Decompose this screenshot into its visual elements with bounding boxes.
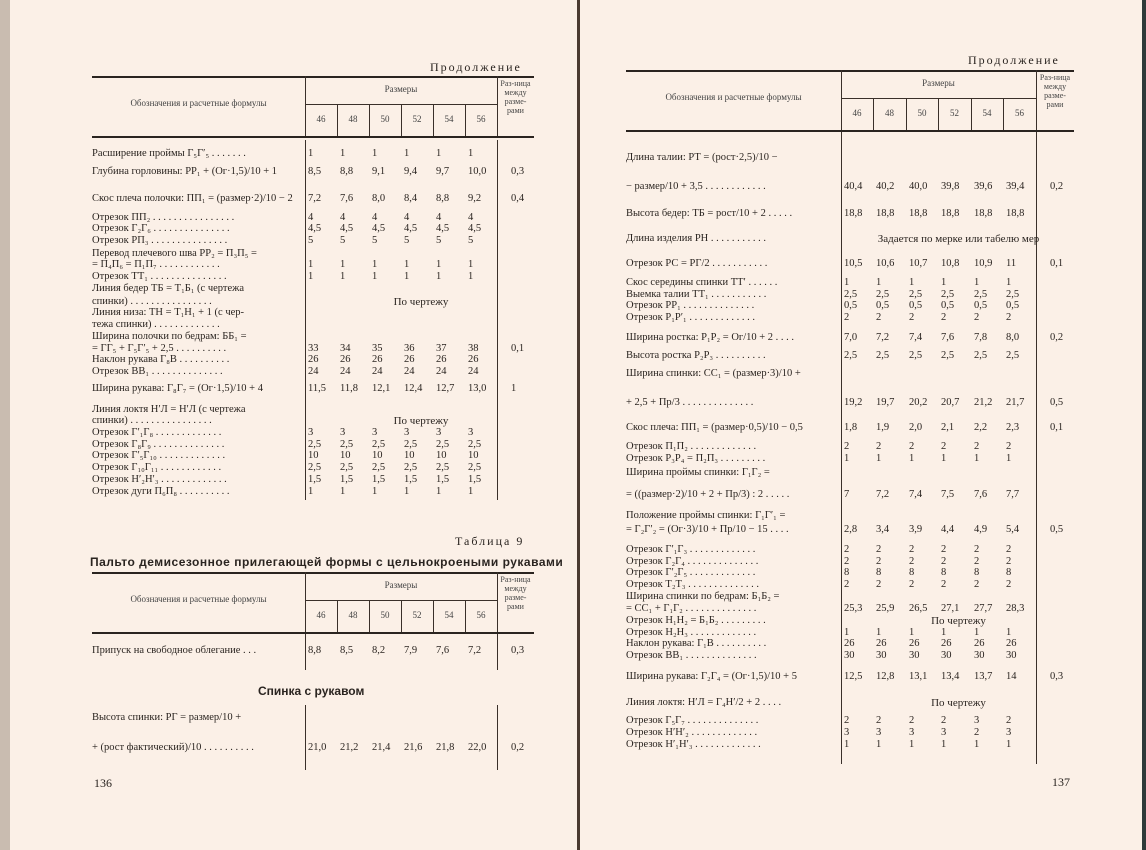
cell-value: 11,8: [340, 383, 358, 394]
cell-value: 2: [941, 556, 946, 567]
cell-value: 2,8: [844, 524, 857, 535]
cell-value: 1: [404, 271, 409, 282]
cell-value: 5: [340, 235, 345, 246]
cell-value: 1: [1006, 627, 1011, 638]
cell-value: 2: [909, 544, 914, 555]
cell-value: 0,5: [1006, 300, 1019, 311]
cell-value: 10: [372, 450, 383, 461]
cell-value: 27,1: [941, 603, 959, 614]
row-label: Отрезок Г′₁Г₃ . . . . . . . . . . . . .: [626, 544, 755, 555]
size-header-48: 48: [337, 610, 369, 620]
cell-value: 1,5: [468, 474, 481, 485]
header-bottom-rule: [626, 130, 1074, 132]
cell-value: 2,5: [909, 289, 922, 300]
cell-value: 2,2: [974, 422, 987, 433]
cell-value: 3: [974, 715, 979, 726]
diff-value: 0,4: [511, 193, 524, 204]
continuation-label: Продолжение: [430, 60, 522, 75]
size-divider: [1003, 98, 1004, 130]
cell-value: 26: [1006, 638, 1017, 649]
row-label: Ширина рукава: Г₈Г₇ = (Ог·1,5)/10 + 4: [92, 383, 263, 394]
body-divider: [497, 705, 498, 770]
cell-value: 13,0: [468, 383, 486, 394]
span-note: По чертежу: [841, 615, 1076, 627]
cell-value: 2,1: [941, 422, 954, 433]
cell-value: 40,4: [844, 181, 862, 192]
cell-value: 2: [876, 312, 881, 323]
cell-value: 26: [468, 354, 479, 365]
size-divider: [369, 104, 370, 136]
cell-value: 13,4: [941, 671, 959, 682]
cell-value: 24: [308, 366, 319, 377]
cell-value: 0,5: [974, 300, 987, 311]
cell-value: 2,5: [372, 462, 385, 473]
cell-value: 2: [844, 579, 849, 590]
row-label: Ширина спинки по бедрам: Б₁Б₂ =: [626, 591, 779, 602]
cell-value: 3: [844, 727, 849, 738]
row-label: Отрезок Н₂Н₃ . . . . . . . . . . . . .: [626, 627, 756, 638]
size-divider: [873, 98, 874, 130]
span-note: Задается по мерке или табелю мер: [841, 233, 1076, 245]
cell-value: 24: [340, 366, 351, 377]
cell-value: 1: [876, 453, 881, 464]
cell-value: 1: [941, 453, 946, 464]
body-divider: [305, 705, 306, 770]
size-divider: [401, 104, 402, 136]
cell-value: 1: [308, 148, 313, 159]
row-label: = ГГ₅ + Г₅Г′₅ + 2,5 . . . . . . . . . .: [92, 343, 226, 354]
diff-value: 0,2: [1050, 181, 1063, 192]
cell-value: 0,5: [876, 300, 889, 311]
cell-value: 2: [876, 579, 881, 590]
cell-value: 2,5: [436, 439, 449, 450]
sizes-column-header: Размеры: [305, 84, 497, 94]
cell-value: 8,5: [308, 166, 321, 177]
cell-value: 30: [941, 650, 952, 661]
cell-value: 18,8: [876, 208, 894, 219]
cell-value: 26: [372, 354, 383, 365]
cell-value: 1: [468, 271, 473, 282]
cell-value: 1: [941, 739, 946, 750]
cell-value: 5: [372, 235, 377, 246]
cell-value: 2: [1006, 579, 1011, 590]
size-header-50: 50: [369, 114, 401, 124]
cell-value: 2: [941, 544, 946, 555]
cell-value: 18,8: [941, 208, 959, 219]
cell-value: 8,8: [340, 166, 353, 177]
cell-value: 11: [1006, 258, 1016, 269]
cell-value: 1,5: [372, 474, 385, 485]
cell-value: 1: [372, 148, 377, 159]
diff-value: 0,1: [1050, 258, 1063, 269]
size-divider: [971, 98, 972, 130]
row-label: Длина талии: РТ = (рост·2,5)/10 −: [626, 152, 778, 163]
cell-value: 1: [941, 277, 946, 288]
cell-value: 2,5: [340, 439, 353, 450]
cell-value: 4: [404, 212, 409, 223]
cell-value: 8: [1006, 567, 1011, 578]
cell-value: 2,5: [340, 462, 353, 473]
cell-value: 37: [436, 343, 447, 354]
cell-value: 38: [468, 343, 479, 354]
cell-value: 1,5: [308, 474, 321, 485]
cell-value: 30: [974, 650, 985, 661]
cell-value: 25,3: [844, 603, 862, 614]
cell-value: 2,5: [909, 350, 922, 361]
cell-value: 3: [909, 727, 914, 738]
cell-value: 26: [404, 354, 415, 365]
cell-value: 24: [468, 366, 479, 377]
row-label: Отрезок РП₃ . . . . . . . . . . . . . . …: [92, 235, 227, 246]
cell-value: 21,2: [974, 397, 992, 408]
cell-value: 8: [941, 567, 946, 578]
cell-value: 10,6: [876, 258, 894, 269]
cell-value: 2: [844, 441, 849, 452]
size-header-54: 54: [971, 108, 1003, 118]
row-label: Отрезок Г₂Г₄ . . . . . . . . . . . . . .: [626, 556, 758, 567]
size-divider: [401, 600, 402, 632]
table-9-title: Пальто демисезонное прилегающей формы с …: [90, 555, 563, 569]
cell-value: 2: [844, 715, 849, 726]
row-label: Скос середины спинки ТТ′ . . . . . .: [626, 277, 777, 288]
cell-value: 30: [844, 650, 855, 661]
row-label: Отрезок Н₁Н₂ = Б₁Б₂ . . . . . . . . .: [626, 615, 766, 626]
size-header-56: 56: [465, 114, 497, 124]
cell-value: 7,9: [404, 645, 417, 656]
cell-value: 4,5: [340, 223, 353, 234]
cell-value: 1: [974, 739, 979, 750]
span-note: По чертежу: [305, 296, 537, 308]
size-header-54: 54: [433, 114, 465, 124]
header-divider: [1036, 70, 1037, 130]
cell-value: 1: [404, 259, 409, 270]
row-label: Отрезок Г′₂Г₅ . . . . . . . . . . . . .: [626, 567, 755, 578]
cell-value: 2: [1006, 556, 1011, 567]
cell-value: 12,1: [372, 383, 390, 394]
diff-value: 0,5: [1050, 524, 1063, 535]
cell-value: 8,0: [1006, 332, 1019, 343]
cell-value: 7,6: [974, 489, 987, 500]
cell-value: 10: [308, 450, 319, 461]
diff-value: 1: [511, 383, 516, 394]
cell-value: 21,7: [1006, 397, 1024, 408]
cell-value: 10,9: [974, 258, 992, 269]
row-label: Отрезок ПП₂ . . . . . . . . . . . . . . …: [92, 212, 234, 223]
size-divider: [465, 600, 466, 632]
cell-value: 7,2: [468, 645, 481, 656]
cell-value: 1: [844, 739, 849, 750]
cell-value: 0,5: [909, 300, 922, 311]
cell-value: 8,5: [340, 645, 353, 656]
cell-value: 1: [340, 486, 345, 497]
row-label: Скос плеча полочки: ПП₁ = (размер·2)/10 …: [92, 193, 293, 204]
cell-value: 2,0: [909, 422, 922, 433]
header-divider: [841, 70, 842, 130]
cell-value: 1: [909, 277, 914, 288]
row-label: Ширина спинки: СС₁ = (размер·3)/10 +: [626, 368, 801, 379]
row-label: Отрезок РР₁ . . . . . . . . . . . . . .: [626, 300, 754, 311]
row-label: + (рост фактический)/10 . . . . . . . . …: [92, 742, 254, 753]
cell-value: 3: [1006, 727, 1011, 738]
cell-value: 18,8: [909, 208, 927, 219]
cell-value: 1: [372, 486, 377, 497]
cell-value: 1,8: [844, 422, 857, 433]
cell-value: 4,9: [974, 524, 987, 535]
row-label: Отрезок Г′₅Г₁₀ . . . . . . . . . . . . .: [92, 450, 225, 461]
cell-value: 1: [844, 627, 849, 638]
row-label: Отрезок ВВ₁ . . . . . . . . . . . . . .: [626, 650, 757, 661]
cell-value: 2: [1006, 312, 1011, 323]
cell-value: 26: [974, 638, 985, 649]
row-label: Скос плеча: ПП₁ = (размер·0,5)/10 − 0,5: [626, 422, 803, 433]
continuation-label: Продолжение: [968, 53, 1060, 68]
row-label: = Г₂Г′₂ = (Ог·3)/10 + Пр/10 − 15 . . . .: [626, 524, 789, 535]
cell-value: 1: [1006, 277, 1011, 288]
cell-value: 2,5: [1006, 289, 1019, 300]
size-header-46: 46: [841, 108, 873, 118]
cell-value: 18,8: [974, 208, 992, 219]
cell-value: 12,7: [436, 383, 454, 394]
row-label: Отрезок Г′₁Г₈ . . . . . . . . . . . . .: [92, 427, 221, 438]
size-header-56: 56: [1003, 108, 1036, 118]
row-label: Отрезок Т₂Т₃ . . . . . . . . . . . . . .: [626, 579, 759, 590]
cell-value: 9,7: [436, 166, 449, 177]
row-label: Припуск на свободное облегание . . .: [92, 645, 256, 656]
cell-value: 1: [436, 259, 441, 270]
row-label: Перевод плечевого шва РР₂ = П₃П₅ =: [92, 248, 257, 259]
size-header-52: 52: [938, 108, 971, 118]
cell-value: 2: [876, 556, 881, 567]
row-label: Отрезок Р₃Р₄ = П₂П₃ . . . . . . . . .: [626, 453, 765, 464]
row-label: Наклон рукава: Г₁В . . . . . . . . . .: [626, 638, 766, 649]
sizes-column-header: Размеры: [841, 78, 1036, 88]
cell-value: 3: [340, 427, 345, 438]
cell-value: 1: [876, 277, 881, 288]
cell-value: 2,5: [372, 439, 385, 450]
cell-value: 1: [404, 486, 409, 497]
diff-value: 0,1: [1050, 422, 1063, 433]
cell-value: 7: [844, 489, 849, 500]
cell-value: 0,5: [844, 300, 857, 311]
cell-value: 3: [876, 727, 881, 738]
row-label: спинки) . . . . . . . . . . . . . . . .: [92, 296, 212, 307]
cell-value: 8: [974, 567, 979, 578]
cell-value: 2: [909, 556, 914, 567]
cell-value: 1: [974, 627, 979, 638]
cell-value: 8: [909, 567, 914, 578]
cell-value: 1: [909, 453, 914, 464]
header-divider: [497, 76, 498, 136]
cell-value: 4: [308, 212, 313, 223]
size-divider: [938, 98, 939, 130]
cell-value: 10,8: [941, 258, 959, 269]
cell-value: 4,5: [404, 223, 417, 234]
size-divider: [337, 104, 338, 136]
row-label: Ширина полочки по бедрам: ББ₁ =: [92, 331, 247, 342]
cell-value: 2: [1006, 544, 1011, 555]
cell-value: 22,0: [468, 742, 486, 753]
cell-value: 3,4: [876, 524, 889, 535]
cell-value: 24: [436, 366, 447, 377]
size-divider: [337, 600, 338, 632]
row-label: Линия локтя: Н′Л = Г₄Н′/2 + 2 . . . .: [626, 697, 781, 708]
cell-value: 1: [436, 148, 441, 159]
cell-value: 24: [404, 366, 415, 377]
size-divider: [369, 600, 370, 632]
cell-value: 8,4: [404, 193, 417, 204]
cell-value: 4,5: [308, 223, 321, 234]
cell-value: 4: [468, 212, 473, 223]
row-label: Высота ростка Р₂Р₃ . . . . . . . . . .: [626, 350, 766, 361]
cell-value: 8,0: [372, 193, 385, 204]
row-label: Ширина рукава: Г₂Г₄ = (Ог·1,5)/10 + 5: [626, 671, 797, 682]
cell-value: 8,2: [372, 645, 385, 656]
cell-value: 10: [468, 450, 479, 461]
cell-value: 18,8: [844, 208, 862, 219]
cell-value: 4,5: [468, 223, 481, 234]
row-label: Линия бедер ТБ = Т₁Б₁ (с чертежа: [92, 283, 244, 294]
cell-value: 35: [372, 343, 383, 354]
cell-value: 1: [876, 627, 881, 638]
cell-value: 2,5: [308, 462, 321, 473]
header-top-rule: [626, 70, 1074, 72]
cell-value: 12,5: [844, 671, 862, 682]
cell-value: 1,9: [876, 422, 889, 433]
span-note: По чертежу: [841, 697, 1076, 709]
diff-value: 0,3: [1050, 671, 1063, 682]
cell-value: 1: [468, 486, 473, 497]
table-9-caption: Таблица 9: [455, 534, 524, 549]
cell-value: 7,4: [909, 489, 922, 500]
formula-column-header: Обозначения и расчетные формулы: [92, 594, 305, 604]
cell-value: 3: [308, 427, 313, 438]
cell-value: 2: [941, 312, 946, 323]
cell-value: 4: [340, 212, 345, 223]
diff-value: 0,3: [511, 645, 524, 656]
cell-value: 2: [974, 544, 979, 555]
cell-value: 2,5: [974, 289, 987, 300]
cell-value: 5,4: [1006, 524, 1019, 535]
size-header-52: 52: [401, 610, 433, 620]
cell-value: 2: [844, 312, 849, 323]
cell-value: 7,4: [909, 332, 922, 343]
diff-value: 0,3: [511, 166, 524, 177]
size-header-48: 48: [337, 114, 369, 124]
cell-value: 1: [1006, 453, 1011, 464]
cell-value: 1: [436, 486, 441, 497]
cell-value: 2: [941, 715, 946, 726]
cell-value: 28,3: [1006, 603, 1024, 614]
cell-value: 20,2: [909, 397, 927, 408]
row-label: Отрезок РС = РГ/2 . . . . . . . . . . .: [626, 258, 767, 269]
cell-value: 1: [436, 271, 441, 282]
body-divider: [497, 634, 498, 670]
row-label: Линия низа: ТН = Т₁Н₁ + 1 (с чер-: [92, 307, 244, 318]
row-label: Положение проймы спинки: Г₁Г′₁ =: [626, 510, 785, 521]
cell-value: 4: [372, 212, 377, 223]
header-bottom-rule: [92, 632, 534, 634]
cell-value: 2,5: [876, 350, 889, 361]
cell-value: 9,1: [372, 166, 385, 177]
row-label: Линия локтя Н′Л = Н′Л (с чертежа: [92, 404, 246, 415]
cell-value: 1: [340, 271, 345, 282]
row-label: спинки) . . . . . . . . . . . . . . . .: [92, 415, 212, 426]
row-label: Отрезок П₁П₂ . . . . . . . . . . . . .: [626, 441, 756, 452]
size-header-52: 52: [401, 114, 433, 124]
formula-column-header: Обозначения и расчетные формулы: [626, 92, 841, 102]
row-label: = П₄П₆ = П₁П₇ . . . . . . . . . . . .: [92, 259, 220, 270]
cell-value: 10,5: [844, 258, 862, 269]
diff-value: 0,2: [511, 742, 524, 753]
cell-value: 26: [308, 354, 319, 365]
cell-value: 39,8: [941, 181, 959, 192]
cell-value: 1: [1006, 739, 1011, 750]
cell-value: 26: [876, 638, 887, 649]
size-divider: [465, 104, 466, 136]
cell-value: 2: [941, 441, 946, 452]
cell-value: 2: [909, 579, 914, 590]
cell-value: 26: [436, 354, 447, 365]
cell-value: 10,0: [468, 166, 486, 177]
size-header-50: 50: [906, 108, 938, 118]
cell-value: 40,0: [909, 181, 927, 192]
diff-column-header: Раз-ница между разме-рами: [497, 575, 534, 611]
cell-value: 34: [340, 343, 351, 354]
size-divider: [906, 98, 907, 130]
size-header-48: 48: [873, 108, 906, 118]
cell-value: 33: [308, 343, 319, 354]
cell-value: 30: [876, 650, 887, 661]
cell-value: 2,5: [844, 350, 857, 361]
body-divider: [841, 132, 842, 764]
header-bottom-rule: [92, 136, 534, 138]
row-label: Отрезок ВВ₁ . . . . . . . . . . . . . .: [92, 366, 223, 377]
cell-value: 2: [974, 441, 979, 452]
row-label: = СС₁ + Г₁Г₂ . . . . . . . . . . . . . .: [626, 603, 756, 614]
cell-value: 1: [340, 259, 345, 270]
cell-value: 1,5: [340, 474, 353, 485]
diff-value: 0,1: [511, 343, 524, 354]
row-label: = ((размер·2)/10 + 2 + Пр/3) : 2 . . . .…: [626, 489, 789, 500]
cell-value: 2,5: [1006, 350, 1019, 361]
cell-value: 2: [974, 312, 979, 323]
cell-value: 7,6: [941, 332, 954, 343]
cell-value: 2: [844, 544, 849, 555]
cell-value: 30: [1006, 650, 1017, 661]
row-label: Выемка талии ТТ₁ . . . . . . . . . . .: [626, 289, 766, 300]
cell-value: 2,3: [1006, 422, 1019, 433]
cell-value: 2,5: [404, 462, 417, 473]
cell-value: 21,2: [340, 742, 358, 753]
row-label: Отрезок Р₁Р′₁ . . . . . . . . . . . . .: [626, 312, 755, 323]
cell-value: 2: [876, 715, 881, 726]
cell-value: 3: [404, 427, 409, 438]
cell-value: 26: [909, 638, 920, 649]
header-top-rule: [92, 76, 534, 78]
row-label: Отрезок ТТ₁ . . . . . . . . . . . . . . …: [92, 271, 227, 282]
row-label: Высота спинки: РГ = размер/10 +: [92, 712, 241, 723]
cell-value: 2: [974, 727, 979, 738]
cell-value: 3: [941, 727, 946, 738]
cell-value: 1: [974, 277, 979, 288]
cell-value: 4,5: [372, 223, 385, 234]
cell-value: 3: [436, 427, 441, 438]
row-label: Глубина горловины: РР₁ + (Ог·1,5)/10 + 1: [92, 166, 277, 177]
cell-value: 10,7: [909, 258, 927, 269]
row-label: тежа спинки) . . . . . . . . . . . . .: [92, 319, 220, 330]
cell-value: 7,2: [308, 193, 321, 204]
row-label: + 2,5 + Пр/3 . . . . . . . . . . . . . .: [626, 397, 753, 408]
